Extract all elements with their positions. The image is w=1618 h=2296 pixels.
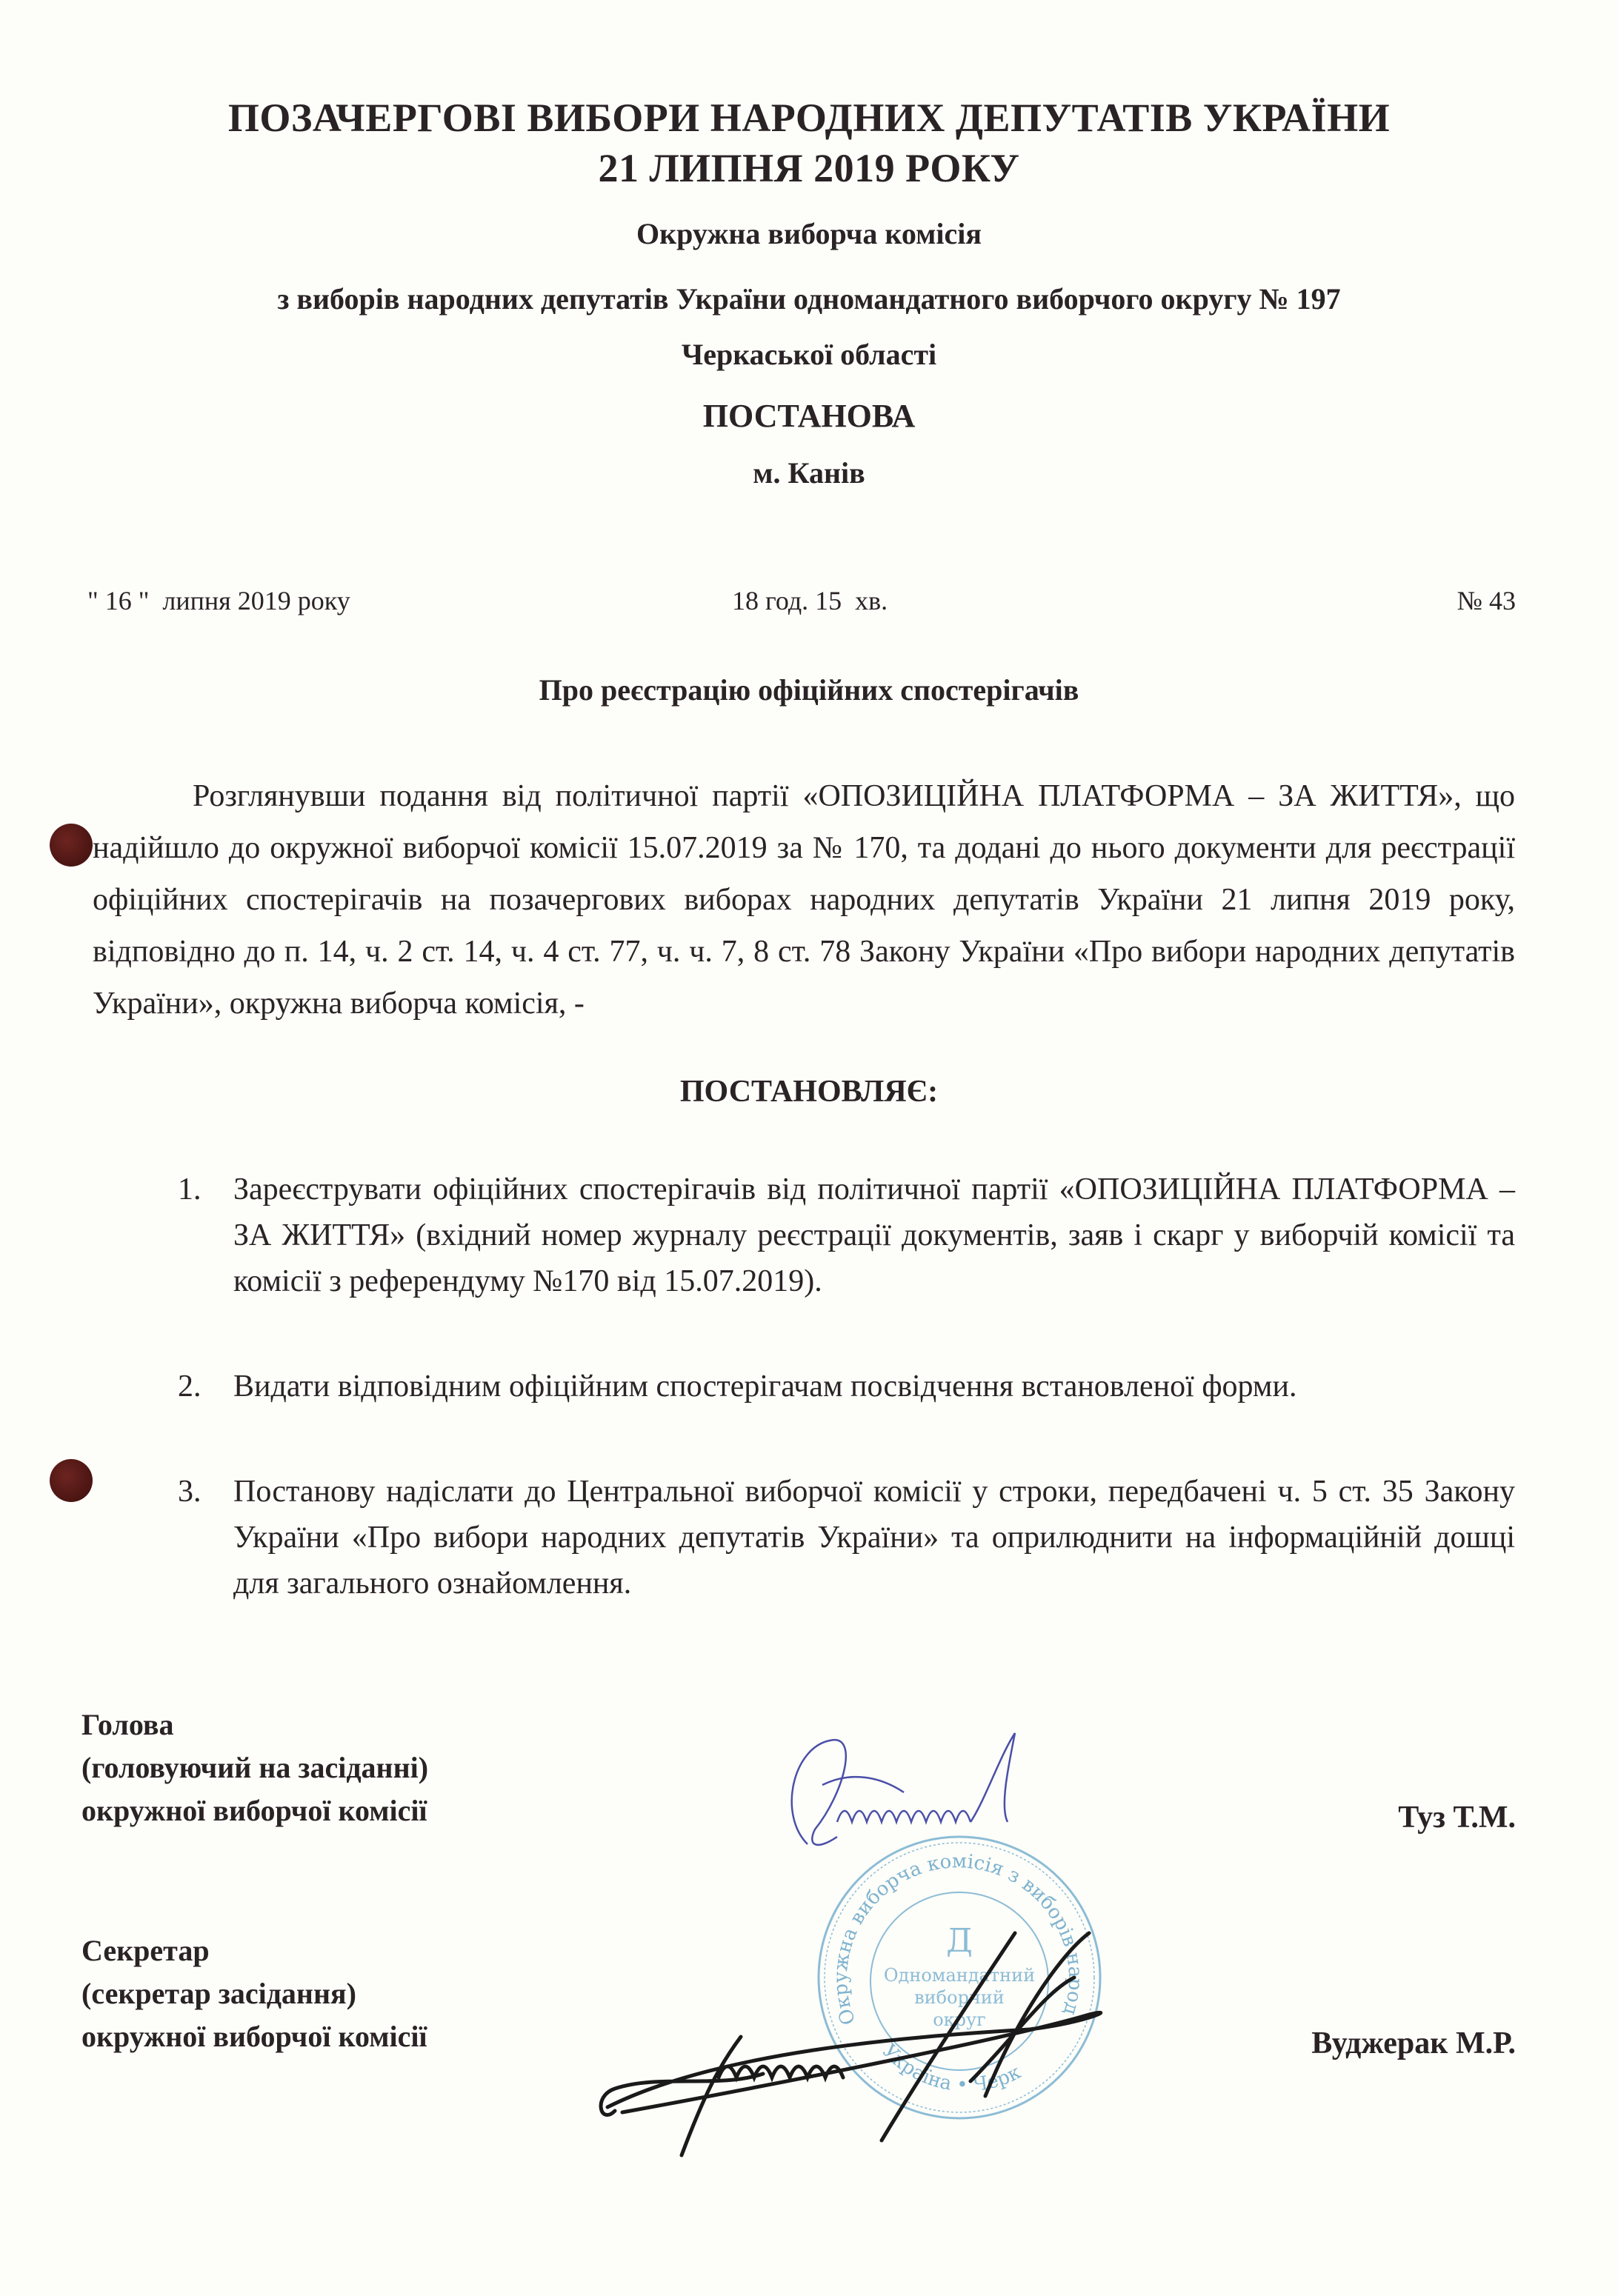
city: м. Канів: [0, 455, 1618, 490]
title-line-2: 21 ЛИПНЯ 2019 РОКУ: [0, 145, 1618, 191]
secretary-role-line: (секретар засідання): [81, 1972, 427, 2015]
chair-role-line: (головуючий на засіданні): [81, 1746, 428, 1789]
preamble-paragraph: Розглянувши подання від політичної парті…: [93, 770, 1515, 1029]
resolution-item: 1. Зареєструвати офіційних спостерігачів…: [178, 1167, 1515, 1304]
resolution-list: 1. Зареєструвати офіційних спостерігачів…: [178, 1167, 1515, 1666]
doc-type: ПОСТАНОВА: [0, 397, 1618, 435]
meta-row: " 16 " липня 2019 року 18 год. 15 хв. № …: [87, 585, 1516, 622]
chair-signature-icon: [763, 1726, 1111, 1859]
chair-role-block: Голова (головуючий на засіданні) окружно…: [81, 1703, 428, 1832]
secretary-role-line: Секретар: [81, 1929, 427, 1972]
resolution-item: 2. Видати відповідним офіційним спостері…: [178, 1364, 1515, 1409]
secretary-name: Вуджерак М.Р.: [1311, 2026, 1516, 2061]
punch-hole-icon: [50, 824, 93, 867]
item-text: Постанову надіслати до Центральної вибор…: [233, 1475, 1515, 1601]
secretary-signature-icon: [570, 1918, 1311, 2170]
doc-number: № 43: [1457, 585, 1516, 616]
doc-date: " 16 " липня 2019 року: [87, 585, 350, 616]
resolves-heading: ПОСТАНОВЛЯЄ:: [0, 1074, 1618, 1109]
chair-role-line: окружної виборчої комісії: [81, 1789, 428, 1832]
title-line-1: ПОЗАЧЕРГОВІ ВИБОРИ НАРОДНИХ ДЕПУТАТІВ УК…: [0, 95, 1618, 141]
commission-name: Окружна виборча комісія: [0, 216, 1618, 251]
resolution-item: 3. Постанову надіслати до Центральної ви…: [178, 1469, 1515, 1606]
secretary-role-block: Секретар (секретар засідання) окружної в…: [81, 1929, 427, 2058]
doc-time: 18 год. 15 хв.: [732, 585, 888, 616]
item-text: Видати відповідним офіційним спостерігач…: [233, 1369, 1296, 1404]
item-text: Зареєструвати офіційних спостерігачів ві…: [233, 1172, 1515, 1298]
subject-heading: Про реєстрацію офіційних спостерігачів: [0, 673, 1618, 707]
item-number: 3.: [178, 1469, 202, 1515]
region-line: Черкаської області: [0, 337, 1618, 372]
chair-name: Туз Т.М.: [1398, 1800, 1516, 1835]
district-line: з виборів народних депутатів України одн…: [0, 281, 1618, 316]
document-page: ПОЗАЧЕРГОВІ ВИБОРИ НАРОДНИХ ДЕПУТАТІВ УК…: [0, 0, 1618, 2296]
item-number: 1.: [178, 1167, 202, 1212]
secretary-role-line: окружної виборчої комісії: [81, 2015, 427, 2058]
punch-hole-icon: [50, 1459, 93, 1502]
chair-role-line: Голова: [81, 1703, 428, 1746]
item-number: 2.: [178, 1364, 202, 1409]
